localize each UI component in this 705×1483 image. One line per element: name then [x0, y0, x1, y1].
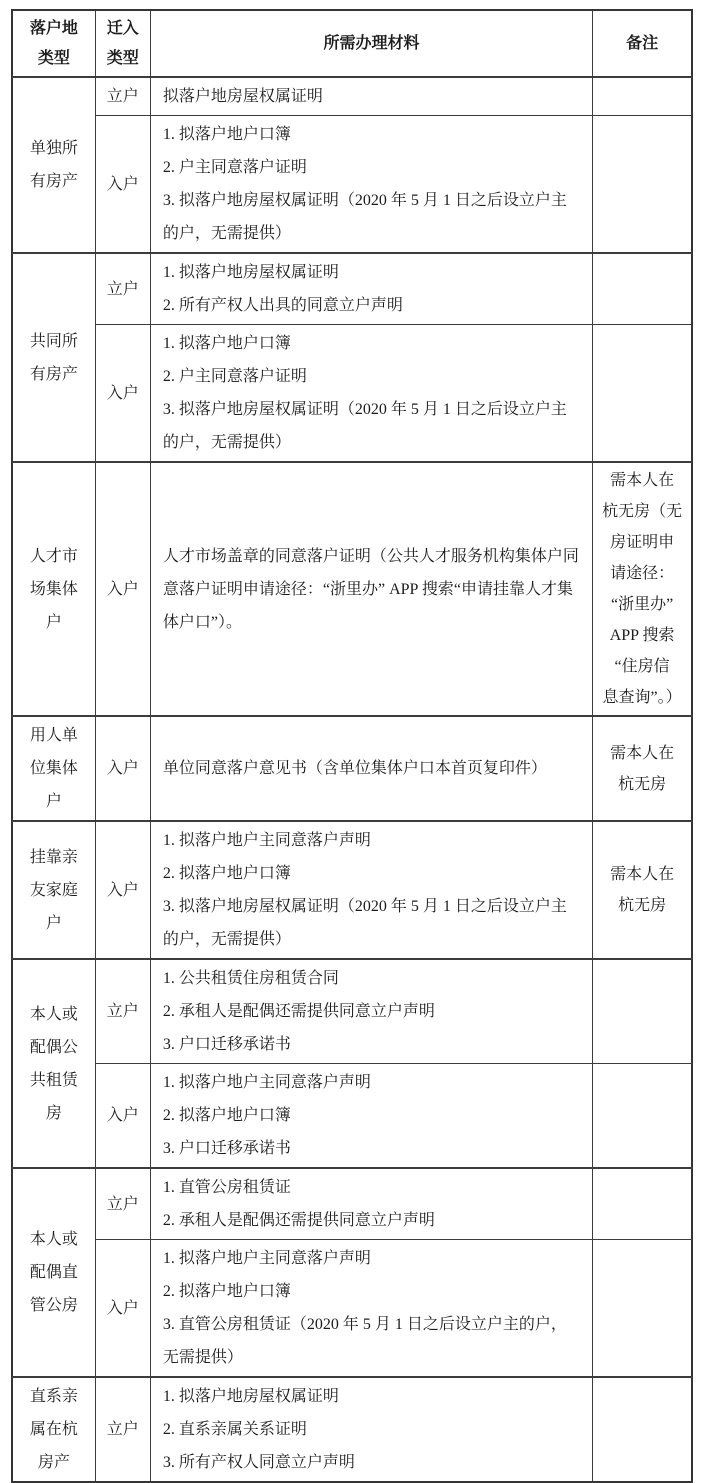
remark-cell — [593, 1064, 692, 1169]
table-row: 入户 1. 拟落户地户主同意落户声明 2. 拟落户地户口簿 3. 户口迁移承诺书 — [12, 1064, 692, 1169]
remark-cell — [593, 1168, 692, 1240]
table-row: 本人或 配偶直 管公房 立户 1. 直管公房租赁证 2. 承租人是配偶还需提供同… — [12, 1168, 692, 1240]
move-type-cell: 入户 — [95, 116, 150, 254]
move-type-cell: 立户 — [95, 1168, 150, 1240]
materials-cell: 1. 拟落户地房屋权属证明 2. 所有产权人出具的同意立户声明 — [150, 253, 592, 325]
category-cell: 挂靠亲 友家庭 户 — [12, 821, 95, 959]
document-page: 落户地 类型 迁入 类型 所需办理材料 备注 单独所 有房产 立户 拟落户地房屋… — [0, 0, 705, 1407]
table-row: 共同所 有房产 立户 1. 拟落户地房屋权属证明 2. 所有产权人出具的同意立户… — [12, 253, 692, 325]
move-type-cell: 入户 — [95, 821, 150, 959]
table-row: 人才市 场集体 户 入户 人才市场盖章的同意落户证明（公共人才服务机构集体户同意… — [12, 462, 692, 716]
remark-cell — [593, 1240, 692, 1378]
table-row: 用人单 位集体 户 入户 单位同意落户意见书（含单位集体户口本首页复印件） 需本… — [12, 716, 692, 821]
move-type-cell: 入户 — [95, 716, 150, 821]
remark-cell — [593, 77, 692, 116]
materials-cell: 拟落户地房屋权属证明 — [150, 77, 592, 116]
category-cell: 单独所 有房产 — [12, 77, 95, 253]
move-type-cell: 入户 — [95, 1064, 150, 1169]
table-row: 入户 1. 拟落户地户主同意落户声明 2. 拟落户地户口簿 3. 直管公房租赁证… — [12, 1240, 692, 1378]
table-row: 直系亲 属在杭 房产 立户 1. 拟落户地房屋权属证明 2. 直系亲属关系证明 … — [12, 1377, 692, 1482]
header-settlement-type: 落户地 类型 — [12, 10, 95, 77]
materials-cell: 1. 拟落户地户主同意落户声明 2. 拟落户地户口簿 3. 直管公房租赁证（20… — [150, 1240, 592, 1378]
materials-cell: 1. 拟落户地户口簿 2. 户主同意落户证明 3. 拟落户地房屋权属证明（202… — [150, 325, 592, 463]
remark-cell: 需本人在 杭无房（无 房证明申 请途径： “浙里办” APP 搜索 “住房信 息… — [593, 462, 692, 716]
remark-cell: 需本人在 杭无房 — [593, 821, 692, 959]
table-row: 入户 1. 拟落户地户口簿 2. 户主同意落户证明 3. 拟落户地房屋权属证明（… — [12, 116, 692, 254]
header-row: 落户地 类型 迁入 类型 所需办理材料 备注 — [12, 10, 692, 77]
remark-cell — [593, 959, 692, 1064]
remark-cell — [593, 1377, 692, 1482]
category-cell: 本人或 配偶公 共租赁 房 — [12, 959, 95, 1168]
remark-cell: 需本人在 杭无房 — [593, 716, 692, 821]
move-type-cell: 立户 — [95, 253, 150, 325]
header-movein-type: 迁入 类型 — [95, 10, 150, 77]
move-type-cell: 立户 — [95, 1377, 150, 1482]
move-type-cell: 入户 — [95, 325, 150, 463]
materials-cell: 1. 拟落户地户主同意落户声明 2. 拟落户地户口簿 3. 户口迁移承诺书 — [150, 1064, 592, 1169]
table-row: 本人或 配偶公 共租赁 房 立户 1. 公共租赁住房租赁合同 2. 承租人是配偶… — [12, 959, 692, 1064]
materials-cell: 1. 拟落户地户口簿 2. 户主同意落户证明 3. 拟落户地房屋权属证明（202… — [150, 116, 592, 254]
remark-cell — [593, 116, 692, 254]
materials-cell: 1. 直管公房租赁证 2. 承租人是配偶还需提供同意立户声明 — [150, 1168, 592, 1240]
remark-cell — [593, 253, 692, 325]
table-row: 入户 1. 拟落户地户口簿 2. 户主同意落户证明 3. 拟落户地房屋权属证明（… — [12, 325, 692, 463]
materials-cell: 1. 公共租赁住房租赁合同 2. 承租人是配偶还需提供同意立户声明 3. 户口迁… — [150, 959, 592, 1064]
category-cell: 共同所 有房产 — [12, 253, 95, 462]
materials-cell: 人才市场盖章的同意落户证明（公共人才服务机构集体户同意落户证明申请途径：“浙里办… — [150, 462, 592, 716]
header-remark: 备注 — [593, 10, 692, 77]
materials-cell: 1. 拟落户地户主同意落户声明 2. 拟落户地户口簿 3. 拟落户地房屋权属证明… — [150, 821, 592, 959]
materials-cell: 1. 拟落户地房屋权属证明 2. 直系亲属关系证明 3. 所有产权人同意立户声明 — [150, 1377, 592, 1482]
category-cell: 人才市 场集体 户 — [12, 462, 95, 716]
table-row: 挂靠亲 友家庭 户 入户 1. 拟落户地户主同意落户声明 2. 拟落户地户口簿 … — [12, 821, 692, 959]
table-row: 单独所 有房产 立户 拟落户地房屋权属证明 — [12, 77, 692, 116]
move-type-cell: 入户 — [95, 1240, 150, 1378]
move-type-cell: 入户 — [95, 462, 150, 716]
category-cell: 本人或 配偶直 管公房 — [12, 1168, 95, 1377]
materials-cell: 单位同意落户意见书（含单位集体户口本首页复印件） — [150, 716, 592, 821]
residence-registration-table: 落户地 类型 迁入 类型 所需办理材料 备注 单独所 有房产 立户 拟落户地房屋… — [11, 9, 693, 1483]
header-materials: 所需办理材料 — [150, 10, 592, 77]
category-cell: 直系亲 属在杭 房产 — [12, 1377, 95, 1482]
category-cell: 用人单 位集体 户 — [12, 716, 95, 821]
move-type-cell: 立户 — [95, 959, 150, 1064]
move-type-cell: 立户 — [95, 77, 150, 116]
remark-cell — [593, 325, 692, 463]
